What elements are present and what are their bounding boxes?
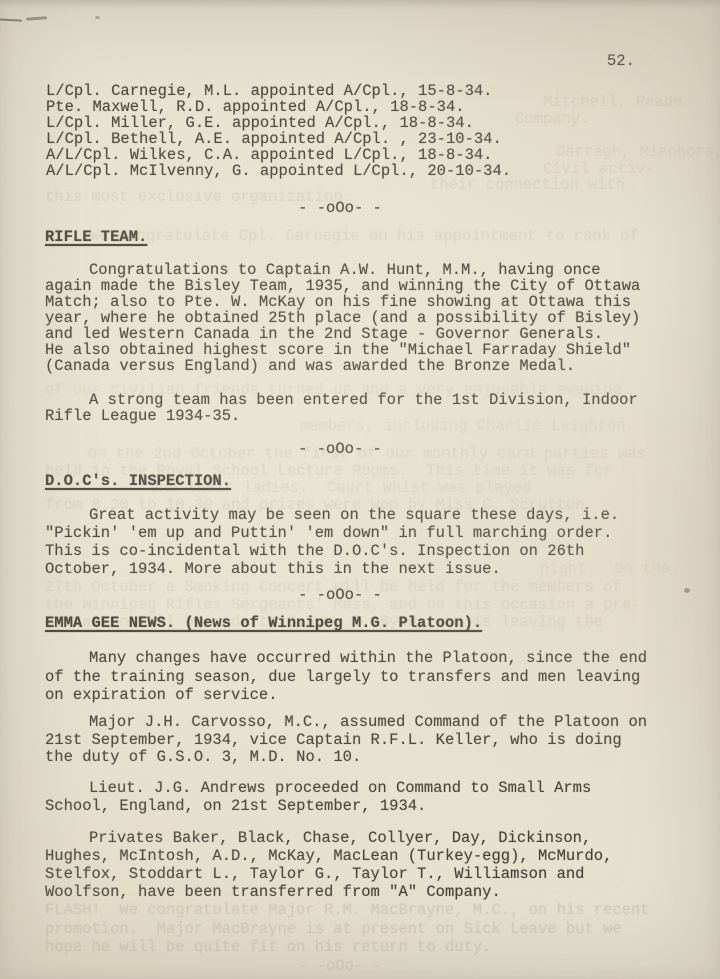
bleedthrough-line: FLASH! We congratulate Major R.M. MacBra…: [45, 901, 650, 919]
bleedthrough-separator: - -oOo- -: [45, 957, 635, 975]
bleedthrough-line: Darragh, Mienhors,: [556, 143, 720, 161]
paragraph: Major J.H. Carvosso, M.C., assumed Comma…: [45, 714, 671, 767]
section-separator: - -oOo- -: [45, 199, 635, 217]
paragraph: Great activity may be seen on the square…: [45, 506, 671, 578]
bleedthrough-line: Mitchell, Reade: [543, 93, 683, 111]
pen-mark: [0, 18, 22, 21]
appointments-list: L/Cpl. Carnegie, M.L. appointed A/Cpl., …: [46, 83, 511, 179]
section-heading-rifle-team: RIFLE TEAM.: [45, 228, 147, 246]
ink-speck: [95, 16, 100, 19]
section-heading-doc-inspection: D.O.C's. INSPECTION.: [45, 472, 231, 490]
paragraph: Congratulations to Captain A.W. Hunt, M.…: [45, 262, 671, 374]
document-page: Mitchell, Reade Company. Darragh, Mienho…: [0, 0, 720, 979]
bleedthrough-line: hope he will be quite fit on his return …: [45, 938, 491, 956]
bleedthrough-line: promotion. Major MacBrayne is at present…: [45, 920, 622, 938]
bleedthrough-line: Company.: [515, 110, 589, 128]
section-heading-emma-gee-news: EMMA GEE NEWS. (News of Winnipeg M.G. Pl…: [45, 614, 482, 632]
section-separator: - -oOo- -: [45, 586, 635, 604]
ink-speck: [684, 588, 690, 593]
paragraph: Many changes have occurred within the Pl…: [45, 649, 671, 705]
section-separator: - -oOo- -: [45, 440, 635, 458]
bleedthrough-line: We congratulate Cpl. Carnegie on his app…: [90, 227, 639, 245]
paragraph: A strong team has been entered for the 1…: [45, 392, 671, 424]
page-number: 52.: [607, 52, 635, 70]
bleedthrough-line: Civil activ-: [543, 160, 655, 178]
pen-mark: [26, 16, 47, 20]
paragraph: Lieut. J.G. Andrews proceeded on Command…: [45, 779, 671, 815]
paragraph: Privates Baker, Black, Chase, Collyer, D…: [45, 829, 671, 901]
